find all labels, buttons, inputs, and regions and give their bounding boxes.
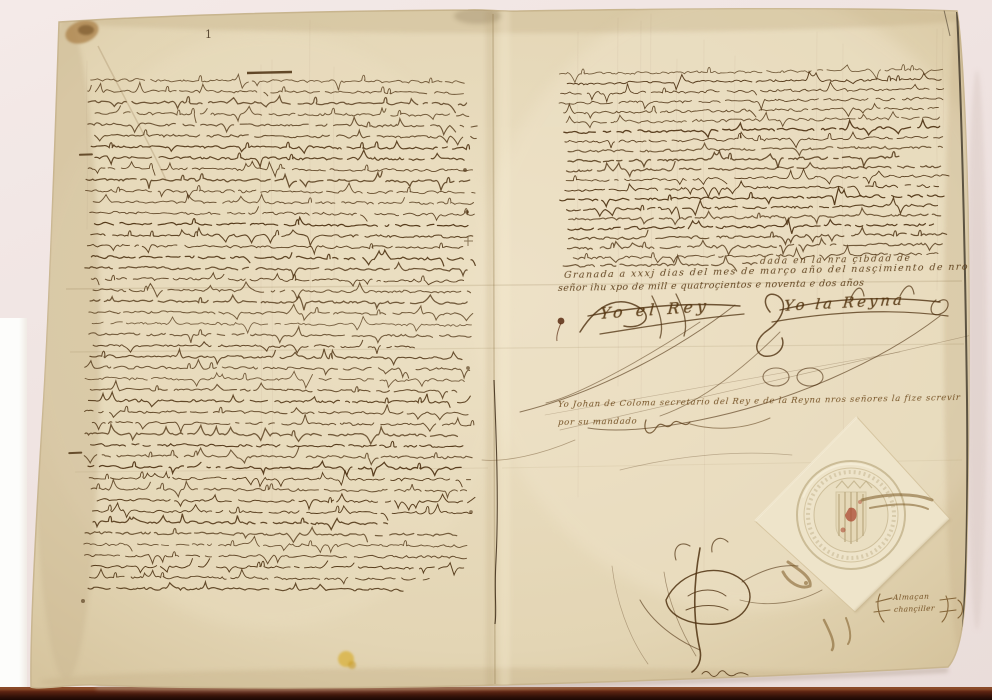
folio-number: 1 (205, 28, 212, 41)
photograph: 1 dada en la nra çibdad de Granada a xxx… (0, 0, 992, 700)
heading-dash (247, 72, 292, 73)
handwriting-line (80, 154, 92, 155)
chancery-note-line-1: Almaçan (893, 592, 930, 602)
handwriting-line (69, 453, 81, 454)
chancery-note-line-2: chançiller (894, 604, 935, 614)
secretary-note-line-2: por su mandado (558, 417, 638, 428)
sheet-side-shadow (967, 70, 987, 630)
parchment-sheet (0, 0, 992, 700)
